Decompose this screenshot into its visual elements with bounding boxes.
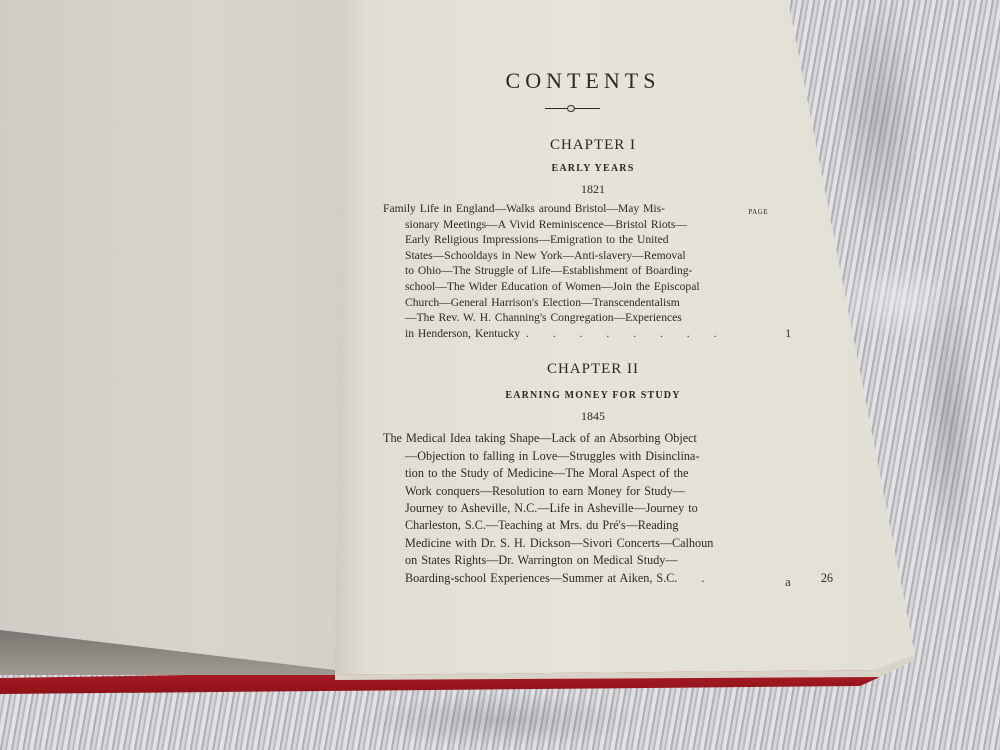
chapter-1-year: 1821 (383, 182, 803, 197)
summary-line-text: Boarding-school Experiences—Summer at Ai… (405, 571, 677, 585)
summary-line-last: Boarding-school Experiences—Summer at Ai… (383, 570, 823, 587)
summary-line: on States Rights—Dr. Warrington on Medic… (383, 552, 823, 569)
summary-line: Medicine with Dr. S. H. Dickson—Sivori C… (383, 535, 823, 552)
dot-leader: . (701, 571, 714, 585)
chapter-2-summary: The Medical Idea taking Shape—Lack of an… (383, 430, 823, 587)
chapter-2-section: CHAPTER II EARNING MONEY FOR STUDY 1845 … (383, 361, 803, 587)
summary-line: to Ohio—The Struggle of Life—Establishme… (383, 263, 803, 279)
summary-line: Work conquers—Resolution to earn Money f… (383, 483, 823, 500)
chapter-1-heading: CHAPTER I (383, 137, 803, 154)
summary-line: sionary Meetings—A Vivid Reminiscence—Br… (383, 217, 803, 233)
summary-line: school—The Wider Education of Women—Join… (383, 279, 803, 295)
summary-line: Charleston, S.C.—Teaching at Mrs. du Pré… (383, 517, 823, 534)
summary-line: Journey to Asheville, N.C.—Life in Ashev… (383, 500, 823, 517)
dot-leader: . . . . . . . . (526, 327, 726, 340)
chapter-1-summary: PAGE Family Life in England—Walks around… (383, 201, 803, 341)
summary-line: —The Rev. W. H. Channing's Congregation—… (383, 310, 803, 326)
left-blank-page (0, 0, 345, 680)
chapter-2-page-number: 26 (821, 570, 833, 587)
contents-page-text: CONTENTS CHAPTER I EARLY YEARS 1821 PAGE… (383, 60, 803, 587)
summary-line: tion to the Study of Medicine—The Moral … (383, 465, 823, 482)
summary-line-text: in Henderson, Kentucky (405, 327, 520, 340)
chapter-2-heading: CHAPTER II (383, 361, 803, 378)
title-ornament-rule (545, 108, 600, 109)
chapter-2-subtitle: EARNING MONEY FOR STUDY (383, 390, 803, 401)
summary-line: Church—General Harrison's Election—Trans… (383, 295, 803, 311)
summary-line: States—Schooldays in New York—Anti-slave… (383, 248, 803, 264)
signature-mark: a (785, 574, 791, 590)
contents-title: CONTENTS (363, 68, 803, 94)
chapter-1-section: CHAPTER I EARLY YEARS 1821 PAGE Family L… (383, 137, 803, 341)
summary-line: Early Religious Impressions—Emigration t… (383, 232, 803, 248)
summary-line: —Objection to falling in Love—Struggles … (383, 448, 823, 465)
chapter-1-page-number: 1 (785, 326, 791, 342)
page-column-label: PAGE (748, 205, 768, 221)
chapter-1-subtitle: EARLY YEARS (383, 163, 803, 174)
summary-line: The Medical Idea taking Shape—Lack of an… (383, 430, 823, 447)
summary-line: Family Life in England—Walks around Bris… (383, 201, 803, 217)
chapter-2-year: 1845 (383, 409, 803, 424)
summary-line-last: in Henderson, Kentucky. . . . . . . . 1 (383, 326, 803, 342)
